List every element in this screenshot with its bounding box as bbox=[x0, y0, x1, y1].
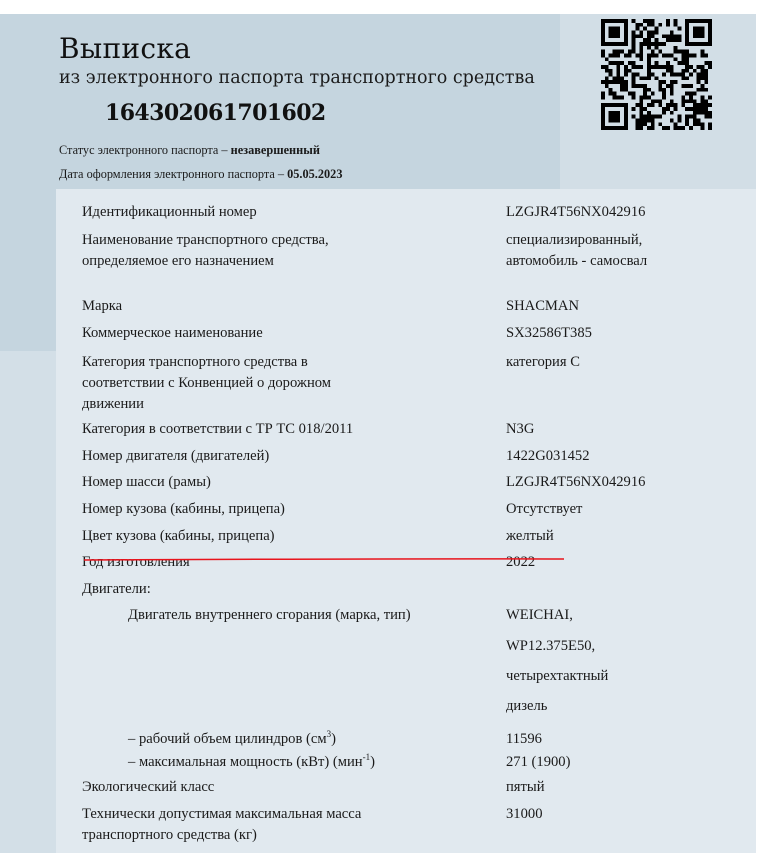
qr-code-icon bbox=[601, 19, 712, 130]
power-label-text: – максимальная мощность (кВт) (мин bbox=[128, 754, 363, 770]
power-value: 271 (1900) bbox=[506, 752, 726, 773]
engine-type-line: WP12.375E50, bbox=[506, 636, 726, 657]
document-title: Выписка bbox=[59, 32, 191, 65]
field-value: желтый bbox=[506, 526, 726, 547]
field-value: 1422G031452 bbox=[506, 446, 726, 467]
engine-type-label: Двигатель внутреннего сгорания (марка, т… bbox=[128, 605, 498, 626]
field-label: Номер шасси (рамы) bbox=[82, 472, 412, 493]
document-subtitle: из электронного паспорта транспортного с… bbox=[59, 68, 535, 88]
power-sup: -1 bbox=[363, 752, 371, 762]
status-line: Статус электронного паспорта – незаверше… bbox=[59, 143, 320, 158]
field-value: LZGJR4T56NX042916 bbox=[506, 472, 726, 493]
max-mass-value: 31000 bbox=[506, 804, 726, 825]
field-value: специализированный, автомобиль - самосва… bbox=[506, 230, 686, 272]
field-value: N3G bbox=[506, 419, 726, 440]
field-value: SX32586T385 bbox=[506, 323, 726, 344]
engines-heading: Двигатели: bbox=[82, 579, 412, 600]
eco-class-label: Экологический класс bbox=[82, 777, 412, 798]
field-value: Отсутствует bbox=[506, 499, 726, 520]
red-underline-annotation bbox=[84, 558, 564, 561]
field-label: Идентификационный номер bbox=[82, 202, 412, 223]
field-label: Категория в соответствии с ТР ТС 018/201… bbox=[82, 419, 412, 440]
engine-type-line: WEICHAI, bbox=[506, 605, 726, 626]
engine-type-line: четырехтактный bbox=[506, 666, 726, 687]
max-mass-label: Технически допустимая максимальная масса… bbox=[82, 804, 442, 846]
field-label: Марка bbox=[82, 296, 412, 317]
displacement-label-end: ) bbox=[331, 731, 336, 747]
max-mass-label-line1: Технически допустимая максимальная масса bbox=[82, 804, 442, 825]
displacement-label-text: – рабочий объем цилиндров (см bbox=[128, 731, 327, 747]
year-label: Год изготовления bbox=[82, 552, 412, 573]
power-label-end: ) bbox=[370, 754, 375, 770]
passport-number: 164302061701602 bbox=[105, 100, 326, 126]
power-label: – максимальная мощность (кВт) (мин-1) bbox=[128, 752, 498, 773]
year-value: 2022 bbox=[506, 552, 726, 573]
date-line: Дата оформления электронного паспорта – … bbox=[59, 167, 342, 182]
field-label: Наименование транспортного средства, опр… bbox=[82, 230, 382, 272]
displacement-value: 11596 bbox=[506, 729, 726, 750]
field-value: категория С bbox=[506, 352, 726, 373]
status-value: незавершенный bbox=[231, 143, 320, 157]
field-label: Номер кузова (кабины, прицепа) bbox=[82, 499, 412, 520]
date-label: Дата оформления электронного паспорта – bbox=[59, 167, 287, 181]
displacement-label: – рабочий объем цилиндров (см3) bbox=[128, 729, 498, 750]
field-value: SHACMAN bbox=[506, 296, 726, 317]
field-label: Номер двигателя (двигателей) bbox=[82, 446, 412, 467]
field-value: LZGJR4T56NX042916 bbox=[506, 202, 726, 223]
date-value: 05.05.2023 bbox=[287, 167, 342, 181]
field-label: Коммерческое наименование bbox=[82, 323, 412, 344]
engine-type-line: дизель bbox=[506, 696, 726, 717]
left-strip bbox=[0, 189, 56, 351]
max-mass-label-line2: транспортного средства (кг) bbox=[82, 825, 442, 846]
field-label: Категория транспортного средства в соотв… bbox=[82, 352, 382, 415]
status-label: Статус электронного паспорта – bbox=[59, 143, 231, 157]
field-label: Цвет кузова (кабины, прицепа) bbox=[82, 526, 412, 547]
eco-class-value: пятый bbox=[506, 777, 726, 798]
